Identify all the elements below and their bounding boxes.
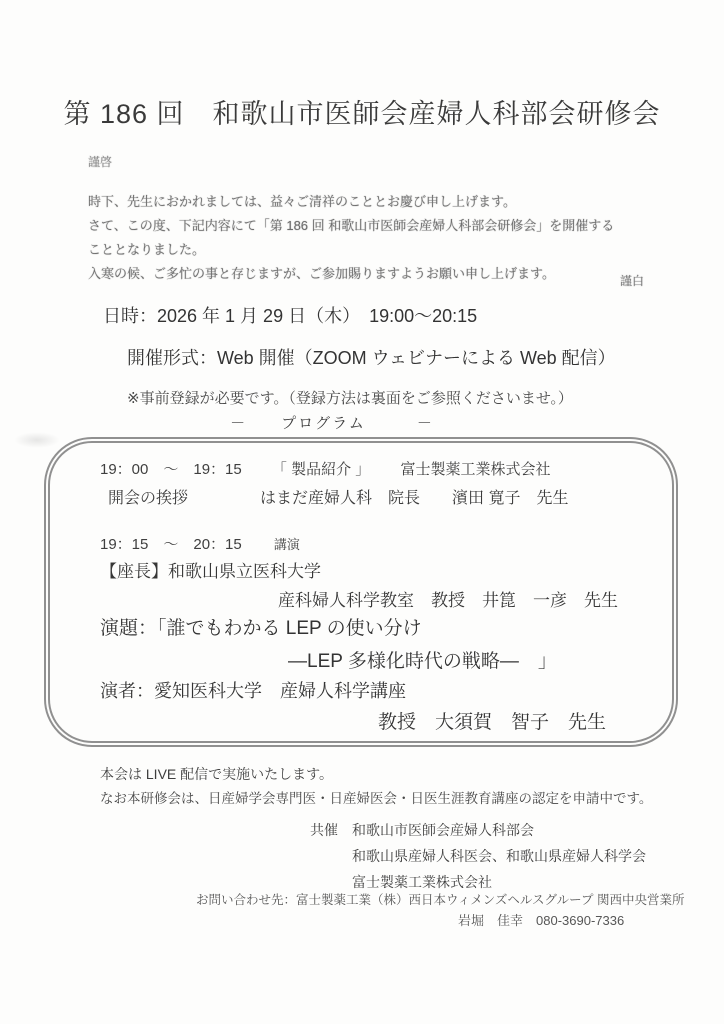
lecture-title-line2: ―LEP 多様化時代の戦略― 」 [288, 646, 557, 673]
speaker-name: 教授 大須賀 智子 先生 [378, 707, 606, 734]
greeting-line: さて、この度、下記内容にて「第 186 回 和歌山市医師会産婦人科部会研修会」を… [88, 214, 614, 238]
session1-company: 富士製薬工業株式会社 [400, 461, 550, 478]
contact-info-line2: 岩堀 佳幸 080-3690-7336 [458, 910, 624, 929]
session1-segment-title: 「 製品紹介 」 [272, 461, 370, 478]
cosponsor-label: 共催 [310, 820, 338, 892]
session2-time: 19：15 ～ 20：15 [100, 536, 242, 553]
page-title: 第 186 回 和歌山市医師会産婦人科部会研修会 [0, 92, 724, 131]
greeting-line: 入寒の候、ご多忙の事と存じますが、ご参加賜りますようお願い申し上げます。 [88, 262, 614, 286]
cosponsor-line: 和歌山市医師会産婦人科部会 [352, 820, 646, 840]
session2-type: 講演 [274, 537, 300, 552]
salutation-close: 謹白 [620, 272, 644, 289]
program-session1-row: 19：00 ～ 19：15 「 製品紹介 」 富士製薬工業株式会社 [100, 458, 576, 479]
certification-note: なお本研修会は、日産婦学会専門医・日産婦医会・日医生涯教育講座の認定を申請中です… [100, 787, 652, 807]
event-datetime: 日時：2026 年 1 月 29 日（木） 19:00～20:15 [103, 302, 477, 328]
registration-note: ※事前登録が必要です。（登録方法は裏面をご参照くださいませ。） [127, 387, 573, 408]
event-format: 開催形式：Web 開催（ZOOM ウェビナーによる Web 配信） [127, 344, 616, 370]
chair-name: 産科婦人科学教室 教授 井箟 一彦 先生 [278, 586, 618, 611]
program-heading: － プログラム － [0, 412, 664, 433]
cosponsor-line: 和歌山県産婦人科医会、和歌山県産婦人科学会 [352, 846, 646, 866]
cosponsor-line: 富士製薬工業株式会社 [352, 872, 646, 892]
greeting-line: 時下、先生におかれましては、益々ご清祥のこととお慶び申し上げます。 [88, 190, 614, 214]
opening-remarks-label: 開会の挨拶 [108, 485, 188, 508]
cosponsor-block: 共催 和歌山市医師会産婦人科部会 和歌山県産婦人科医会、和歌山県産婦人科学会 富… [310, 820, 646, 892]
opening-remarks-speaker: はまだ産婦人科 院長 濱田 寛子 先生 [260, 485, 568, 508]
session1-time: 19：00 ～ 19：15 [100, 461, 242, 478]
greeting-line: こととなりました。 [88, 238, 614, 262]
chair-affiliation: 【座長】和歌山県立医科大学 [100, 557, 321, 582]
program-session2-row: 19：15 ～ 20：15 講演 [100, 533, 300, 554]
live-broadcast-note: 本会は LIVE 配信で実施いたします。 [100, 764, 333, 784]
speaker-affiliation: 演者：愛知医科大学 産婦人科学講座 [100, 677, 406, 703]
cosponsor-lines: 和歌山市医師会産婦人科部会 和歌山県産婦人科医会、和歌山県産婦人科学会 富士製薬… [352, 820, 646, 892]
scan-smudge [14, 432, 60, 448]
lecture-title-line1: 演題：「誰でもわかる LEP の使い分け [100, 613, 422, 640]
scanned-seminar-notice: 第 186 回 和歌山市医師会産婦人科部会研修会 謹啓 時下、先生におかれまして… [0, 0, 724, 1024]
contact-info-line1: お問い合わせ先：富士製薬工業（株）西日本ウィメンズヘルスグループ 関西中央営業所 [196, 890, 684, 908]
greeting-paragraph: 時下、先生におかれましては、益々ご清祥のこととお慶び申し上げます。 さて、この度… [88, 190, 614, 286]
salutation-open: 謹啓 [88, 153, 112, 170]
